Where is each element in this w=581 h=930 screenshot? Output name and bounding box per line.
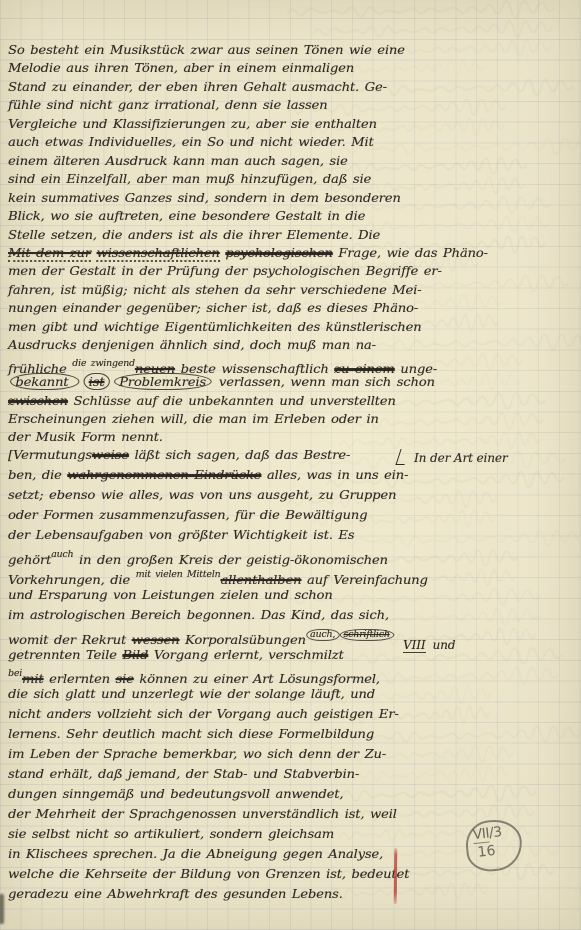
handwriting-segment: allenthalben (220, 572, 301, 587)
handwriting-segment: bei (8, 669, 22, 679)
handwriting-segment: wessen (132, 632, 180, 647)
handwriting-segment: der Mehrheit der Sprachgenossen unverstä… (8, 806, 397, 821)
handwriting-segment: alles, was in uns ein- (261, 467, 408, 482)
manuscript-line: die sich glatt und unzerlegt wie der sol… (8, 685, 375, 703)
handwriting-segment: schriftlich (339, 629, 394, 641)
manuscript-line: sie selbst nicht so artikuliert, sondern… (8, 825, 334, 843)
handwriting-segment: Korporalsübungen (179, 632, 305, 647)
manuscript-line: stand erhält, daß jemand, der Stab- und … (8, 765, 359, 783)
handwriting-segment: Bild (122, 647, 148, 662)
margin-note-text: In der Art einer (414, 451, 508, 465)
stamp-signature: VII/3 (472, 824, 502, 843)
manuscript-line: in Klischees sprechen. Ja die Abneigung … (8, 845, 383, 863)
handwriting-segment: dungen sinngemäß und bedeutungsvoll anwe… (8, 786, 343, 801)
red-pencil-mark (394, 848, 398, 904)
handwriting-segment: erlernten (44, 671, 116, 686)
handwriting-segment: wahrgenommenen Eindrücke (67, 467, 261, 482)
handwriting-segment: mit vielen Mitteln (136, 570, 221, 580)
scan-edge-artifact (0, 894, 4, 924)
manuscript-line: oder Formen zusammenzufassen, für die Be… (8, 506, 367, 524)
manuscript-line: im Leben der Sprache bemerkbar, wo sich … (8, 745, 386, 763)
handwriting-segment: nicht anders vollzieht sich der Vorgang … (8, 706, 399, 721)
manuscript-page: So besteht ein Musikstück zwar aus seine… (0, 0, 581, 930)
handwriting-segment: weise (92, 447, 129, 462)
manuscript-line: dungen sinngemäß und bedeutungsvoll anwe… (8, 785, 343, 803)
handwriting-segment: im Leben der Sprache bemerkbar, wo sich … (8, 746, 386, 761)
handwriting-segment: gehört (8, 552, 51, 567)
manuscript-line: und Ersparung von Leistungen zielen und … (8, 586, 333, 604)
handwriting-segment: getrennten Teile (8, 647, 122, 662)
handwriting-segment: auf Vereinfachung (301, 572, 427, 587)
handwriting-segment: in Klischees sprechen. Ja die Abneigung … (8, 846, 383, 861)
handwriting-segment: in den großen Kreis der geistig-ökonomis… (73, 552, 387, 567)
handwriting-segment: läßt sich sagen, daß das Bestre- (129, 447, 350, 462)
manuscript-text-block-2: [Vermutungsweise läßt sich sagen, daß da… (0, 0, 581, 930)
handwriting-segment: oder Formen zusammenzufassen, für die Be… (8, 507, 367, 522)
stamp-number: 16 (477, 843, 496, 861)
handwriting-segment: welche die Kehrseite der Bildung von Gre… (8, 866, 409, 881)
handwriting-segment: und Ersparung von Leistungen zielen und … (8, 587, 333, 602)
manuscript-line: nicht anders vollzieht sich der Vorgang … (8, 705, 399, 723)
handwriting-segment: setzt; ebenso wie alles, was von uns aus… (8, 487, 396, 502)
handwriting-segment: die sich glatt und unzerlegt wie der sol… (8, 686, 375, 701)
manuscript-line: getrennten Teile Bild Vorgang erlernt, v… (8, 646, 344, 664)
handwriting-segment: der Lebensaufgaben von größter Wichtigke… (8, 527, 354, 542)
handwriting-segment: auch (51, 550, 73, 560)
manuscript-line: der Mehrheit der Sprachgenossen unverstä… (8, 805, 397, 823)
manuscript-line: der Lebensaufgaben von größter Wichtigke… (8, 526, 354, 544)
margin-note-insertion: In der Art einer (399, 446, 508, 465)
manuscript-line: ben, die wahrgenommenen Eindrücke alles,… (8, 466, 408, 484)
handwriting-segment: im astrologischen Bereich begonnen. Das … (8, 607, 389, 622)
handwriting-segment: womit der Rekrut (8, 632, 132, 647)
manuscript-line: im astrologischen Bereich begonnen. Das … (8, 606, 389, 624)
handwriting-segment: auch, (306, 629, 339, 641)
manuscript-line: [Vermutungsweise läßt sich sagen, daß da… (8, 446, 350, 464)
handwriting-segment: geradezu eine Abwehrkraft des gesunden L… (8, 886, 343, 901)
handwriting-segment: können zu einer Art Lösungsformel, (134, 671, 380, 686)
handwriting-segment: mit (22, 671, 43, 686)
handwriting-segment: Vorkehrungen, die (8, 572, 136, 587)
chapter-numeral: VIII (403, 638, 426, 653)
manuscript-line: setzt; ebenso wie alles, was von uns aus… (8, 486, 396, 504)
handwriting-segment: sie (115, 671, 133, 686)
manuscript-line: geradezu eine Abwehrkraft des gesunden L… (8, 885, 343, 903)
manuscript-line: lernens. Sehr deutlich macht sich diese … (8, 725, 374, 743)
handwriting-segment: sie selbst nicht so artikuliert, sondern… (8, 826, 334, 841)
handwriting-segment: Vorgang erlernt, verschmilzt (148, 647, 343, 662)
handwriting-segment: [Vermutungs (8, 447, 92, 462)
handwriting-segment: stand erhält, daß jemand, der Stab- und … (8, 766, 359, 781)
manuscript-line: welche die Kehrseite der Bildung von Gre… (8, 865, 409, 883)
margin-note-chapter: VIIIund (403, 638, 455, 652)
handwriting-segment: lernens. Sehr deutlich macht sich diese … (8, 726, 374, 741)
margin-note-text: und (433, 638, 456, 652)
handwriting-segment: ben, die (8, 467, 67, 482)
